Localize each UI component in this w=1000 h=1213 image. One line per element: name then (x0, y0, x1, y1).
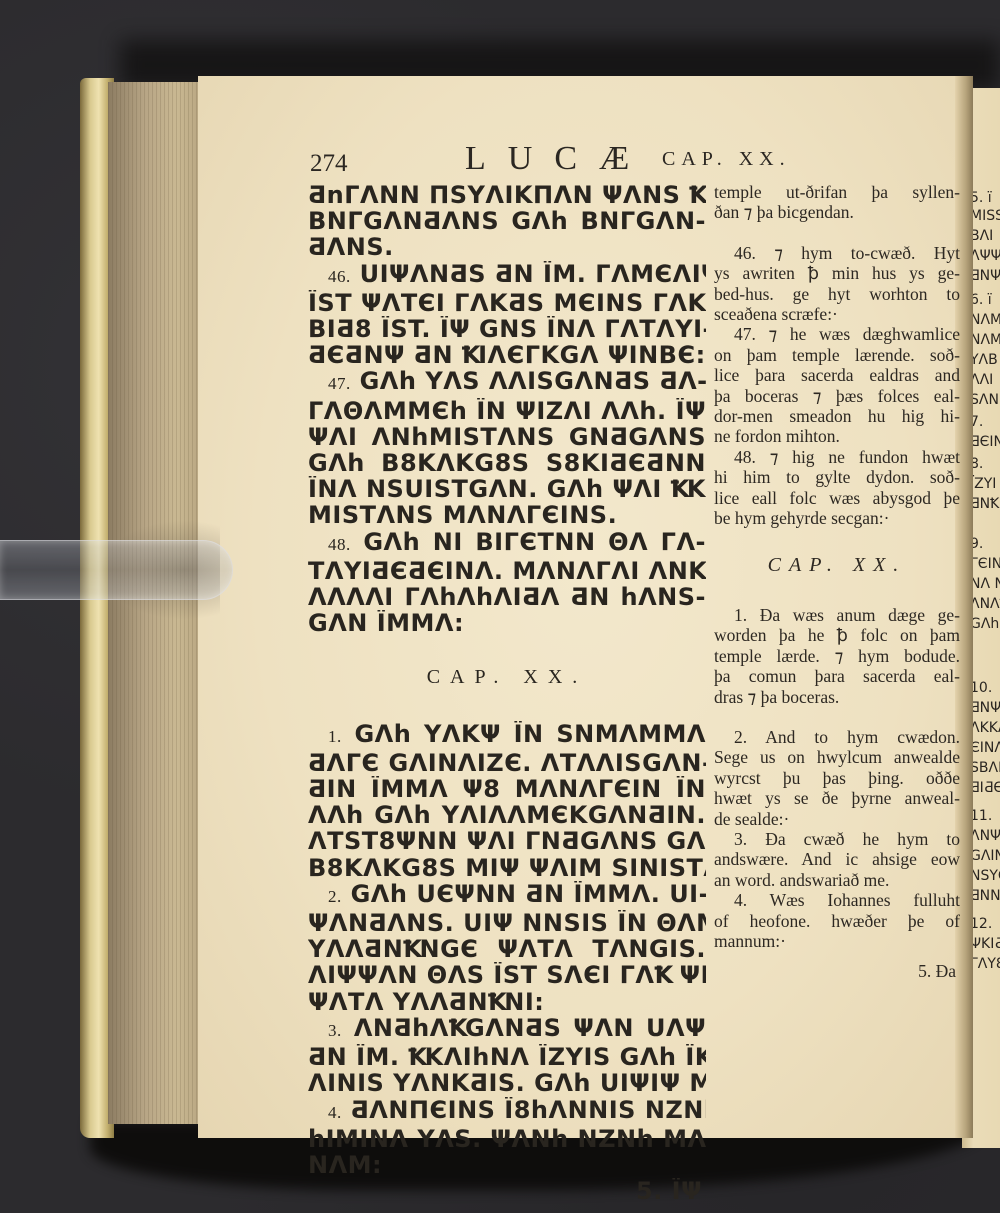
verse-3: 3. ΛNƋhΛꝀGΛNƋS ΨΛN UΛΨ ƋN ÏM. ꝀKΛIhNΛ ÏZ… (308, 1015, 706, 1097)
text-line: an word. andswariað me. (714, 870, 960, 890)
facing-page-text-fragment: 11. (970, 808, 992, 825)
facing-page-text-fragment: ΛΨΨ (970, 248, 1000, 265)
facing-page-text-fragment: ΛNΨΛ (970, 828, 1000, 845)
catchword: 5. ÏΨ (308, 1178, 706, 1204)
facing-page-text-fragment: ƋNꝀ (970, 496, 999, 513)
text-line: ðan ⁊ þa bicgendan. (714, 202, 960, 222)
text-line: ne fordon mihton. (714, 426, 960, 446)
text-line: ΛNƋhΛꝀGΛNƋS ΨΛN UΛΨ (354, 1015, 706, 1042)
text-line: ƋnΓΛNN ΠSΥΛIKΠΛN ΨΛNS ꝀKΛ- (308, 182, 706, 208)
verse-number: 48. (734, 447, 756, 467)
text-line: GΛh ΥΛKΨ ÏN SNMΛMMΛ (354, 721, 706, 748)
verse-number: 46. (328, 267, 351, 286)
text-line: be hym gehyrde secgan:· (714, 508, 960, 528)
verse-number: 47. (734, 324, 756, 344)
verse-47: 47. GΛh ΥΛS ΛΛISGΛNƋS ƋΛ- ΓΛΘΛMMЄh ÏN ΨI… (308, 368, 706, 528)
text-line: ⁊ hig ne fundon hwæt (770, 447, 960, 467)
text-line: TΛΥIƋЄƋЄINΛ. MΛNΛΓΛI ΛNK (308, 558, 706, 584)
text-line: ΨΛNƋΛNS. UIΨ NNSIS ÏN ΘΛMMΛ (308, 910, 706, 936)
text-line: ÏST ΨΛTЄI ΓΛKƋS MЄINS ΓΛKƋS (308, 290, 706, 316)
facing-page-text-fragment: SΒΛI (970, 760, 1000, 777)
verse-number: 47. (328, 374, 351, 393)
facing-page-text-fragment: ƋЄIN (970, 434, 1000, 451)
verse-2: 2. And to hym cwædon. Sege us on hwylcum… (714, 727, 960, 829)
text-line: andswære. And ic ahsige eow (714, 849, 960, 869)
page-number: 274 (310, 150, 348, 178)
text-line: ƋIN ÏMMΛ Ψ8 MΛNΛΓЄIN ÏN (308, 776, 706, 802)
verse-47: 47. ⁊ he wæs dæghwamlice on þam temple l… (714, 324, 960, 446)
verse-number: 48. (328, 535, 351, 554)
verse-1: 1. Ða wæs anum dæge ge- worden þa he ꝥ f… (714, 605, 960, 707)
text-line: hwæt ys se ðe þyrne anweal- (714, 788, 960, 808)
text-line: temple ut-ðrifan þa syllen- (714, 182, 960, 202)
facing-page-text-fragment: MISS (970, 208, 1000, 225)
facing-page-text-fragment: ΒΛI (970, 228, 993, 245)
text-line: ƋΛNΠЄINS Ï8hΛNNIS NZNh (351, 1097, 706, 1124)
text-line: hi him to gylte dydon. soð- (714, 467, 960, 487)
facing-page-text-fragment: 6. ï (970, 292, 992, 309)
verse-number: 3. (734, 829, 747, 849)
text-line: ΨΛI ΛNhMISTΛNS GNƋGΛNS (308, 424, 706, 450)
text-line: Wæs Iohannes fulluht (770, 890, 960, 910)
facing-page-text-fragment: ƋNΨ (970, 700, 1000, 717)
verse-2: 2. GΛh UЄΨNN ƋN ÏMMΛ. UI- ΨΛNƋΛNS. UIΨ N… (308, 881, 706, 1015)
facing-page-text-fragment: ΛKKΛ (970, 720, 1000, 737)
verse-4: 4. ƋΛNΠЄINS Ï8hΛNNIS NZNh hIMINΛ ΥΛS. ΨΛ… (308, 1097, 706, 1179)
facing-page-text-fragment: NΛM (970, 332, 1000, 349)
text-line: of heofone. hwæðer þe of (714, 911, 960, 931)
text-line: ƋΛNS. (308, 234, 706, 260)
text-line: wyrcst þu þas þing. oððe (714, 768, 960, 788)
text-line: lice þara sacerda ealdras and (714, 365, 960, 385)
text-line: þa boceras ⁊ þæs folces eal- (714, 386, 960, 406)
verse-48: 48. GΛh NI ΒIΓЄTNN ΘΛ ΓΛ- TΛΥIƋЄƋЄINΛ. M… (308, 529, 706, 637)
text-line: dor-men smeadon hu hig hi- (714, 406, 960, 426)
verse-number: 2. (328, 887, 342, 906)
facing-page-text-fragment: 5. ï (970, 190, 992, 207)
text-line: ΨΛTΛ ΥΛΛƋNꝀNI: (308, 989, 706, 1015)
text-line: ⁊ he wæs dæghwamlice (769, 324, 960, 344)
text-line: MISTΛNS MΛNΛΓЄINS. (308, 502, 706, 528)
verse-number: 46. (734, 243, 756, 263)
verse-number: 4. (734, 890, 747, 910)
facing-page-text-fragment: ΛΛI (970, 372, 993, 389)
facing-page-text-fragment: NΛM (970, 312, 1000, 329)
text-line: lice eall folc wæs abysgod þe (714, 488, 960, 508)
text-line: sceaðena scræfe:· (714, 304, 960, 324)
text-line: ΥΛΛƋNꝀNGЄ ΨΛTΛ TΛNGIS. (308, 936, 706, 962)
catchword: 5. Ða (714, 961, 960, 981)
text-line: on þam temple lærende. soð- (714, 345, 960, 365)
text-line: de sealde:· (714, 809, 960, 829)
text-line: ⁊ hym to-cwæð. Hyt (774, 243, 960, 263)
facing-page-text-fragment: NSΥЄ (970, 868, 1000, 885)
text-line: ΛIΨΨΛN ΘΛS ÏST SΛЄI ΓΛꝀ ΨNS (308, 962, 706, 988)
facing-page-text-fragment: ΨKIƋ (970, 936, 1000, 953)
verse-46: 46. ⁊ hym to-cwæð. Hyt ys awriten ꝥ min … (714, 243, 960, 325)
text-line: Sege us on hwylcum anwealde (714, 747, 960, 767)
verse-3: 3. Ða cwæð he hym to andswære. And ic ah… (714, 829, 960, 890)
facing-page-text-fragment: NΛ N (970, 576, 1000, 593)
text-line: NΛM: (308, 1152, 706, 1178)
page-clip-bookmark[interactable] (0, 540, 233, 600)
gothic-text-column: ƋnΓΛNN ΠSΥΛIKΠΛN ΨΛNS ꝀKΛ- ΒNΓGΛNƋΛNS GΛ… (308, 182, 706, 1204)
verse-number: 2. (734, 727, 747, 747)
running-chapter: CAP. XX. (662, 148, 791, 171)
text-line: ΒNΓGΛNƋΛNS GΛh ΒNΓGΛN- (308, 208, 706, 234)
facing-page-text-fragment: ЄINΛ (970, 740, 1000, 757)
text-line: ΒIƋ8 ÏST. ÏΨ GNS ÏNΛ ΓΛTΛΥI- (308, 316, 706, 342)
facing-page-text-fragment: 12. (970, 916, 992, 933)
text-line: worden þa he ꝥ folc on þam (714, 625, 960, 645)
facing-page-text-fragment: ÏZΥI (970, 476, 996, 493)
text-line: GΛh Β8KΛKG8S S8KIƋЄƋNN (308, 450, 706, 476)
text-line: Ða wæs anum dæge ge- (760, 605, 960, 625)
text-line: ƋΛΓЄ GΛINΛIZЄ. ΛTΛΛISGΛN- (308, 750, 706, 776)
facing-page-text-fragment: ΛNΛꝀ (970, 596, 1000, 613)
text-line: ΛΛh GΛh ΥΛIΛΛMЄKGΛNƋIN. (308, 802, 706, 828)
verse-number: 4. (328, 1103, 342, 1122)
chapter-heading: CAP. XX. (308, 636, 706, 720)
anglo-saxon-text-column: temple ut-ðrifan þa syllen- ðan ⁊ þa bic… (714, 182, 960, 982)
facing-page-text-fragment: ΓЄIN (970, 556, 1000, 573)
verse-number: 1. (734, 605, 747, 625)
text-line: ΛINIS ΥΛNKƋIS. GΛh UIΨIΨ MIS. (308, 1070, 706, 1096)
text-line: ÏNΛ NSUISTGΛN. GΛh ΨΛI ꝀKN- (308, 476, 706, 502)
verse-4: 4. Wæs Iohannes fulluht of heofone. hwæð… (714, 890, 960, 951)
text-line: ƋЄƋNΨ ƋN ꝀIΛЄΓKGΛ ΨINΒЄ: (308, 342, 706, 368)
text-line: temple lærde. ⁊ hym bodude. (714, 646, 960, 666)
text-line: ƋN ÏM. ꝀKΛIhNΛ ÏZΥIS GΛh ÏK (308, 1044, 706, 1070)
text-line: GΛh NI ΒIΓЄTNN ΘΛ ΓΛ- (363, 529, 706, 556)
text-line: hIMINΛ ΥΛS. ΨΛNh NZNh MΛN- (308, 1126, 706, 1152)
running-title: LUCÆ (465, 140, 651, 178)
verse-number: 3. (328, 1021, 342, 1040)
text-line: UIΨΛNƋS ƋN ÏM. ΓΛMЄΛIΨ (360, 261, 706, 288)
facing-page-text-fragment: ΓΛΥ8 (970, 956, 1000, 973)
text-line: ΓΛΘΛMMЄh ÏN ΨIZΛI ΛΛh. ÏΨ (308, 398, 706, 424)
text-line: bed-hus. ge hyt worhton to (714, 284, 960, 304)
facing-page-text-fragment: 10. (970, 680, 992, 697)
chapter-heading: CAP. XX. (714, 529, 960, 605)
text-line: GΛh UЄΨNN ƋN ÏMMΛ. UI- (351, 881, 706, 908)
text-line: mannum:· (714, 931, 960, 951)
text-line: ys awriten ꝥ min hus ys ge- (714, 263, 960, 283)
facing-page-text-fragment: ƋNN (970, 888, 1000, 905)
text-line: ΛTST8ΨNN ΨΛI ΓNƋGΛNS GΛh (308, 828, 706, 854)
facing-page-text-fragment: ƋIƋЄ (970, 780, 1000, 797)
text-line: Β8KΛKG8S MIΨ ΨΛIM SINISTΛM. (308, 855, 706, 881)
verse-48: 48. ⁊ hig ne fundon hwæt hi him to gylte… (714, 447, 960, 529)
facing-page-text-fragment: ƋNΨ (970, 268, 1000, 285)
text-line: GΛN ÏMMΛ: (308, 610, 706, 636)
text-line: GΛh ΥΛS ΛΛISGΛNƋS ƋΛ- (360, 368, 706, 395)
verse-number: 1. (328, 727, 342, 746)
text-line: dras ⁊ þa boceras. (714, 687, 960, 707)
facing-page-text-fragment: GΛIN (970, 848, 1000, 865)
text-line: Ða cwæð he hym to (765, 829, 960, 849)
facing-page-text-fragment: GΛh (970, 616, 999, 633)
verse-46: 46. UIΨΛNƋS ƋN ÏM. ΓΛMЄΛIΨ ÏST ΨΛTЄI ΓΛK… (308, 261, 706, 369)
facing-page-text-fragment: SΛN (970, 392, 999, 409)
text-line: þa comun þara sacerda eal- (714, 666, 960, 686)
text-line: And to hym cwædon. (765, 727, 960, 747)
facing-page-text-fragment: ΥΛΒ (970, 352, 998, 369)
verse-1: 1. GΛh ΥΛKΨ ÏN SNMΛMMΛ ƋΛΓЄ GΛINΛIZЄ. ΛT… (308, 721, 706, 881)
text-line: ΛΛΛΛI ΓΛhΛhΛIƋΛ ƋN hΛNS- (308, 584, 706, 610)
